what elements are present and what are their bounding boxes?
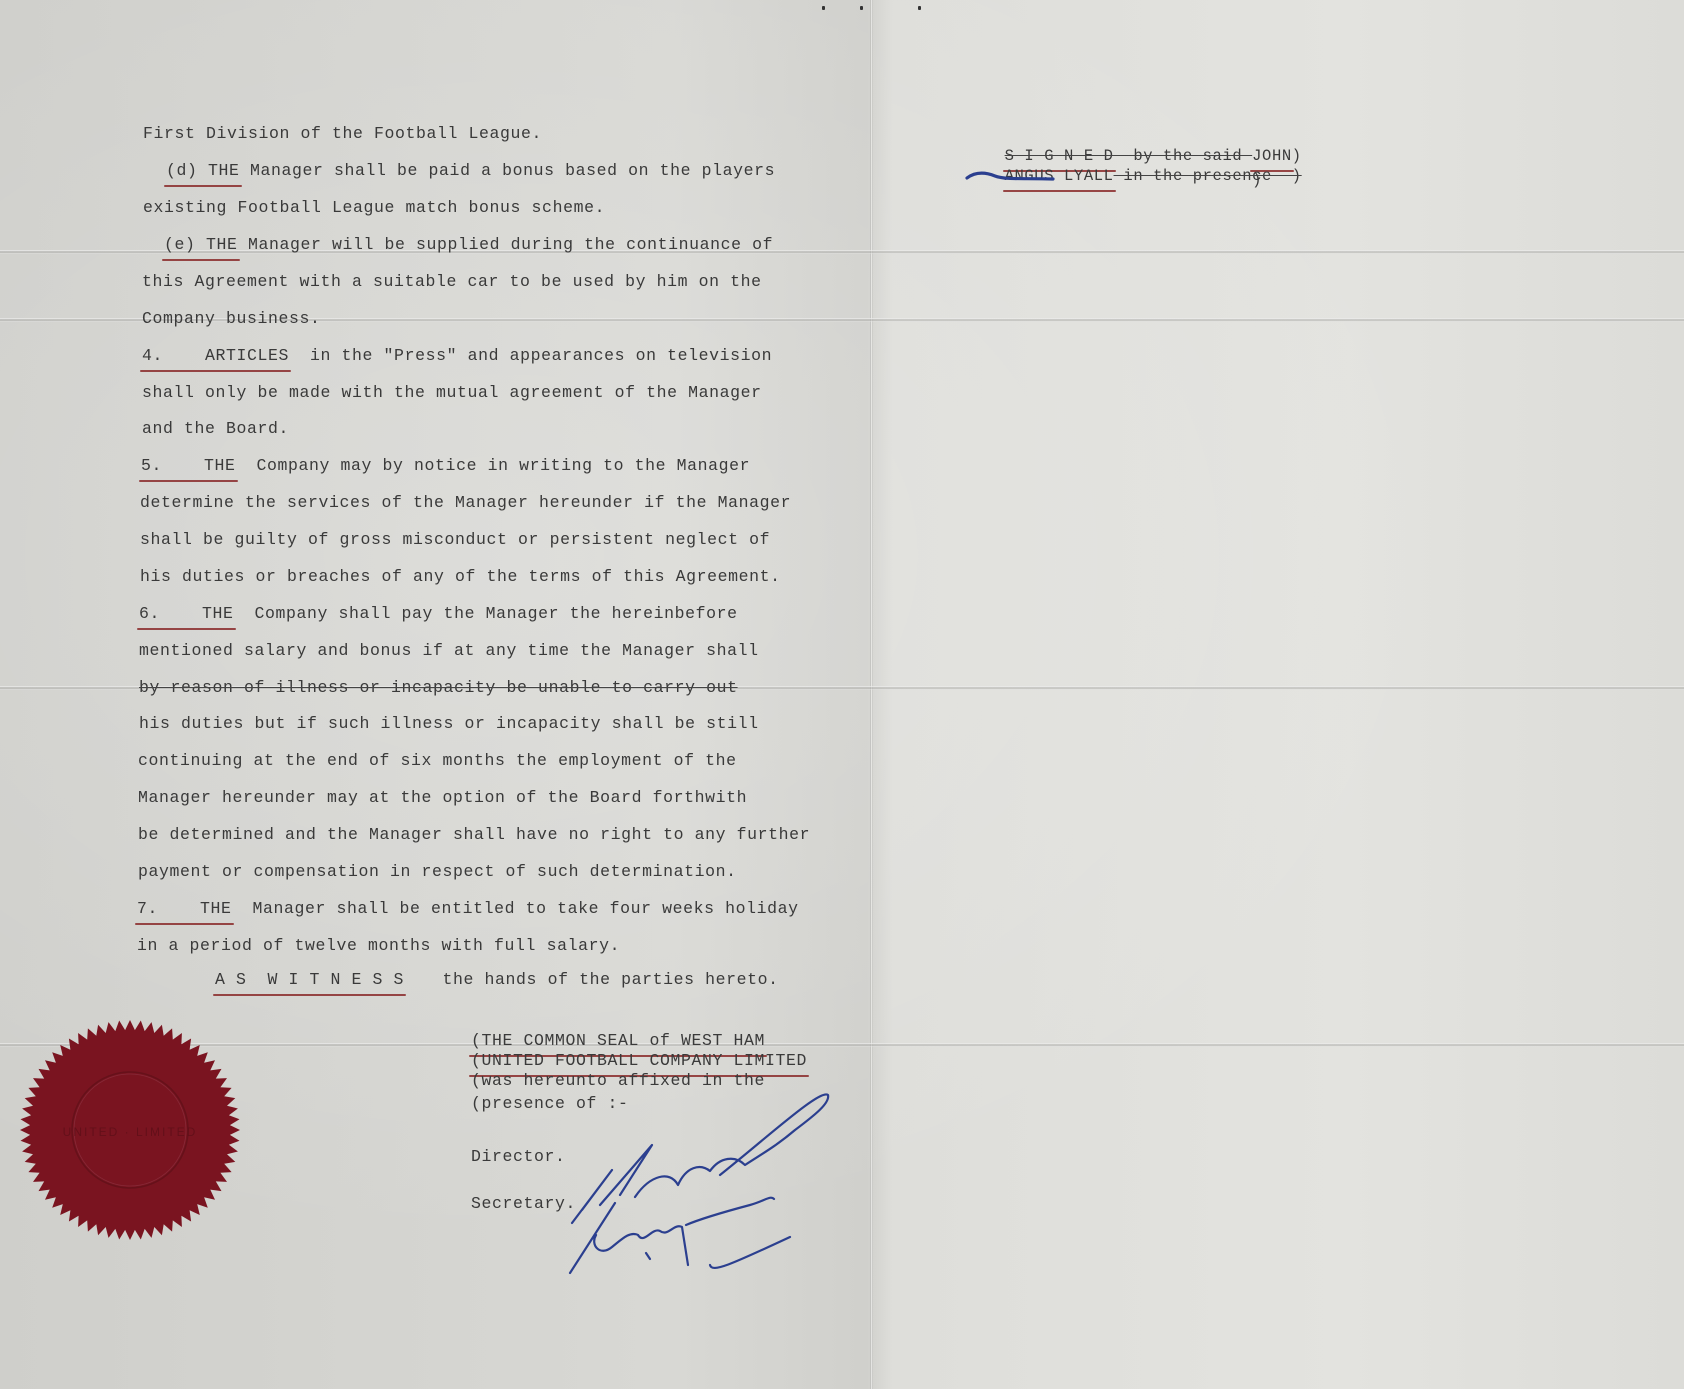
clause-5-rest: Company may by notice in writing to the … bbox=[246, 456, 750, 475]
clause-7: 7. THE Manager shall be entitled to take… bbox=[137, 901, 799, 918]
seal-emboss-text: UNITED · LIMITED bbox=[63, 1125, 198, 1139]
text-line: his duties but if such illness or incapa… bbox=[139, 716, 759, 733]
clause-5: 5. THE Company may by notice in writing … bbox=[141, 458, 750, 475]
seal-clause-underlined: (UNITED FOOTBALL COMPANY LIMITED bbox=[471, 1051, 807, 1070]
witness-line: A S W I T N E S S the hands of the parti… bbox=[215, 972, 779, 989]
director-label: Director. bbox=[471, 1149, 566, 1166]
punch-mark bbox=[918, 6, 921, 10]
clause-7-rest: Manager shall be entitled to take four w… bbox=[242, 899, 799, 918]
clause-d-label: (d) THE bbox=[166, 161, 240, 180]
clause-4: 4. ARTICLES in the "Press" and appearanc… bbox=[142, 348, 772, 365]
witness-text: the hands of the parties hereto. bbox=[443, 970, 779, 989]
clause-e: (e) THE Manager will be supplied during … bbox=[164, 237, 773, 254]
fold-line bbox=[0, 1043, 1684, 1047]
clause-6: 6. THE Company shall pay the Manager the… bbox=[139, 606, 738, 623]
center-fold bbox=[870, 0, 873, 1389]
text-line: existing Football League match bonus sch… bbox=[143, 200, 605, 217]
text-line: by reason of illness or incapacity be un… bbox=[139, 680, 738, 697]
text-line: determine the services of the Manager he… bbox=[140, 495, 791, 512]
witness-heading: A S W I T N E S S bbox=[215, 970, 404, 989]
text-line: and the Board. bbox=[142, 421, 289, 438]
clause-6-rest: Company shall pay the Manager the herein… bbox=[244, 604, 738, 623]
text-line: in a period of twelve months with full s… bbox=[137, 938, 620, 955]
text-line: shall be guilty of gross misconduct or p… bbox=[140, 532, 770, 549]
witness-scribble bbox=[965, 168, 1055, 184]
text-line: Company business. bbox=[142, 311, 321, 328]
clause-5-label: 5. THE bbox=[141, 456, 236, 475]
text-line: be determined and the Manager shall have… bbox=[138, 827, 810, 844]
text-line: shall only be made with the mutual agree… bbox=[142, 385, 762, 402]
clause-4-rest: in the "Press" and appearances on televi… bbox=[300, 346, 773, 365]
clause-4-label: 4. ARTICLES bbox=[142, 346, 289, 365]
clause-6-label: 6. THE bbox=[139, 604, 234, 623]
clause-d-rest: Manager shall be paid a bonus based on t… bbox=[250, 161, 775, 180]
punch-mark bbox=[860, 6, 863, 10]
company-seal: UNITED · LIMITED bbox=[18, 1018, 242, 1242]
clause-e-rest: Manager will be supplied during the cont… bbox=[248, 235, 773, 254]
text-line: Manager hereunder may at the option of t… bbox=[138, 790, 747, 807]
text-line: this Agreement with a suitable car to be… bbox=[142, 274, 762, 291]
clause-7-label: 7. THE bbox=[137, 899, 232, 918]
seal-clause-line: (THE COMMON SEAL of WEST HAM bbox=[471, 1033, 765, 1050]
secretary-signature bbox=[560, 1165, 820, 1275]
text-line: continuing at the end of six months the … bbox=[138, 753, 737, 770]
text-line: mentioned salary and bonus if at any tim… bbox=[139, 643, 759, 660]
seal-clause-line: (UNITED FOOTBALL COMPANY LIMITED bbox=[471, 1053, 807, 1070]
text-line: payment or compensation in respect of su… bbox=[138, 864, 737, 881]
text-line: his duties or breaches of any of the ter… bbox=[140, 569, 781, 586]
seal-clause-underlined: (THE COMMON SEAL of WEST HAM bbox=[471, 1031, 765, 1050]
text-line: First Division of the Football League. bbox=[143, 126, 542, 143]
punch-mark bbox=[822, 6, 825, 10]
clause-d: (d) THE Manager shall be paid a bonus ba… bbox=[166, 163, 775, 180]
clause-e-label: (e) THE bbox=[164, 235, 238, 254]
